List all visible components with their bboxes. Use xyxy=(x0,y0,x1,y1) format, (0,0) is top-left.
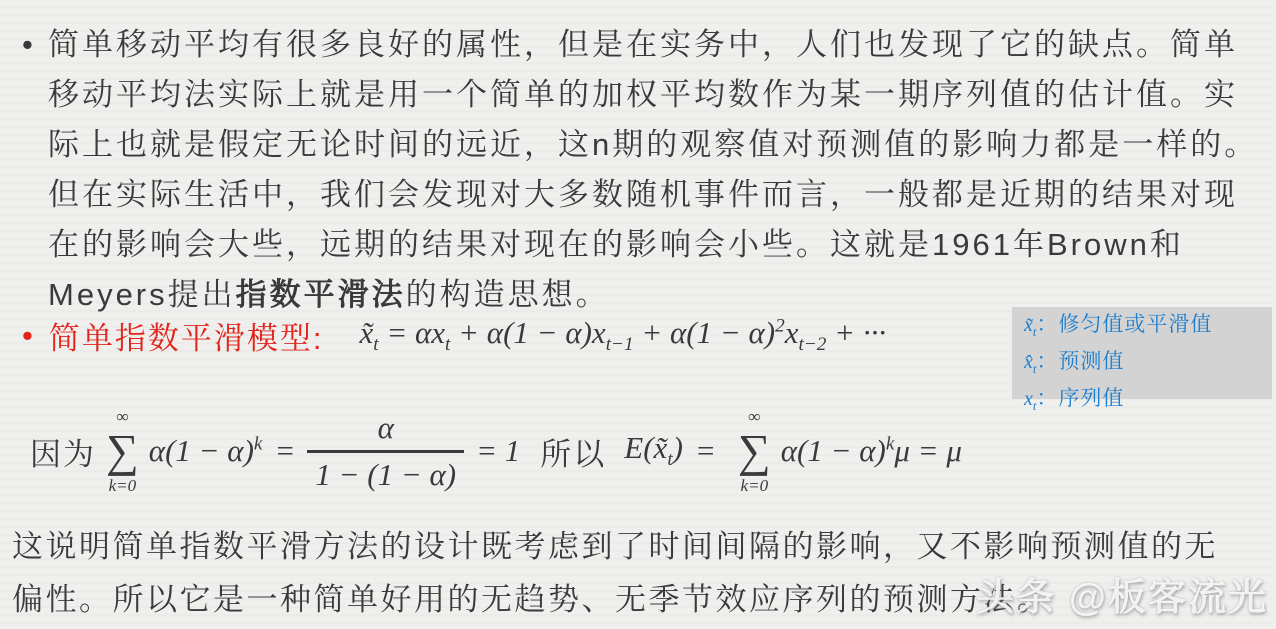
math-token: E(x̃ xyxy=(624,430,667,465)
text-line: 在的影响会大些，远期的结果对现在的影响会小些。这就是1961年Brown和 xyxy=(48,220,1270,270)
math-token: α(1 − α) xyxy=(781,433,886,468)
fraction: α 1 − (1 − α) xyxy=(307,410,464,493)
math-token: x̃ xyxy=(359,315,373,350)
equals-sign: = xyxy=(274,433,295,469)
equals-one: = 1 xyxy=(476,433,520,469)
legend-label: ：预测值 xyxy=(1036,347,1124,376)
model-formula: x̃t = αxt + α(1 − α)xt−1 + α(1 − α)2xt−2… xyxy=(359,315,886,356)
sum-upper-limit: ∞ xyxy=(116,408,128,425)
legend-symbol: x̂t xyxy=(1024,348,1036,384)
math-token: = αx xyxy=(379,315,445,350)
legend-row: xt：序列值 xyxy=(1024,384,1260,421)
sum-lower-limit: k=0 xyxy=(109,477,137,494)
math-token: + α(1 − α)x xyxy=(450,315,605,350)
series-term: α(1 − α)kμ = μ xyxy=(781,433,962,469)
sigma-icon: ∑ xyxy=(106,425,139,477)
paragraph-intro: • 简单移动平均有很多良好的属性，但是在实务中，人们也发现了它的缺点。简单 移动… xyxy=(22,20,1270,320)
text-segment: Meyers提出 xyxy=(48,277,236,312)
watermark: 头条 @板客流光 xyxy=(976,566,1268,621)
legend-symbol: xt xyxy=(1024,385,1036,421)
text-line: 简单移动平均有很多良好的属性，但是在实务中，人们也发现了它的缺点。简单 xyxy=(48,20,1270,70)
sum-upper-limit: ∞ xyxy=(748,408,760,425)
legend-box: x̃t：修匀值或平滑值 x̂t：预测值 xt：序列值 xyxy=(1012,307,1272,399)
legend-symbol: x̃t xyxy=(1024,311,1036,347)
text-line: 际上也就是假定无论时间的远近，这n期的观察值对预测值的影响力都是一样的。 xyxy=(48,120,1270,170)
legend-row: x̂t：预测值 xyxy=(1024,347,1260,384)
math-token: + ··· xyxy=(826,315,886,350)
text-segment: 的构造思想。 xyxy=(406,277,610,312)
math-superscript: k xyxy=(254,434,263,455)
legend-label: ：序列值 xyxy=(1036,384,1124,413)
math-token: + α(1 − α) xyxy=(634,315,776,350)
sum-lower-limit: k=0 xyxy=(741,477,769,494)
fraction-numerator: α xyxy=(372,410,400,450)
math-token: ) xyxy=(673,430,683,465)
bullet-icon: • xyxy=(22,318,33,354)
expectation-term: E(x̃t) xyxy=(624,430,683,471)
math-subscript: t−1 xyxy=(606,334,634,355)
equals-sign: = xyxy=(695,433,716,469)
math-token: μ = μ xyxy=(894,433,962,468)
summation-symbol: ∞ ∑ k=0 xyxy=(106,408,139,494)
math-superscript: 2 xyxy=(775,316,785,337)
because-label: 因为 xyxy=(30,429,96,474)
math-token: x̂ xyxy=(1024,351,1033,373)
math-token: x xyxy=(1024,388,1033,410)
series-term: α(1 − α)k xyxy=(149,433,263,469)
text-line: 但在实际生活中，我们会发现对大多数随机事件而言，一般都是近期的结果对现 xyxy=(48,170,1270,220)
text-segment-bold: 指数平滑法 xyxy=(236,277,406,312)
math-subscript: t−2 xyxy=(799,334,827,355)
model-label: 简单指数平滑模型: xyxy=(49,313,324,358)
model-definition-row: • 简单指数平滑模型: x̃t = αxt + α(1 − α)xt−1 + α… xyxy=(22,313,886,358)
math-token: α(1 − α) xyxy=(149,433,254,468)
math-token: x̃ xyxy=(1024,314,1033,336)
legend-label: ：修匀值或平滑值 xyxy=(1036,310,1212,339)
derivation-row: 因为 ∞ ∑ k=0 α(1 − α)k = α 1 − (1 − α) = 1… xyxy=(30,393,962,509)
summation-symbol: ∞ ∑ k=0 xyxy=(738,408,771,494)
fraction-denominator: 1 − (1 − α) xyxy=(307,450,464,493)
sigma-icon: ∑ xyxy=(738,425,771,477)
slide-canvas: • 简单移动平均有很多良好的属性，但是在实务中，人们也发现了它的缺点。简单 移动… xyxy=(0,0,1276,629)
math-token: x xyxy=(785,315,799,350)
text-line: 移动平均法实际上就是用一个简单的加权平均数作为某一期序列值的估计值。实 xyxy=(48,70,1270,120)
so-label: 所以 xyxy=(540,429,606,474)
legend-row: x̃t：修匀值或平滑值 xyxy=(1024,310,1260,347)
bullet-icon: • xyxy=(22,20,33,70)
